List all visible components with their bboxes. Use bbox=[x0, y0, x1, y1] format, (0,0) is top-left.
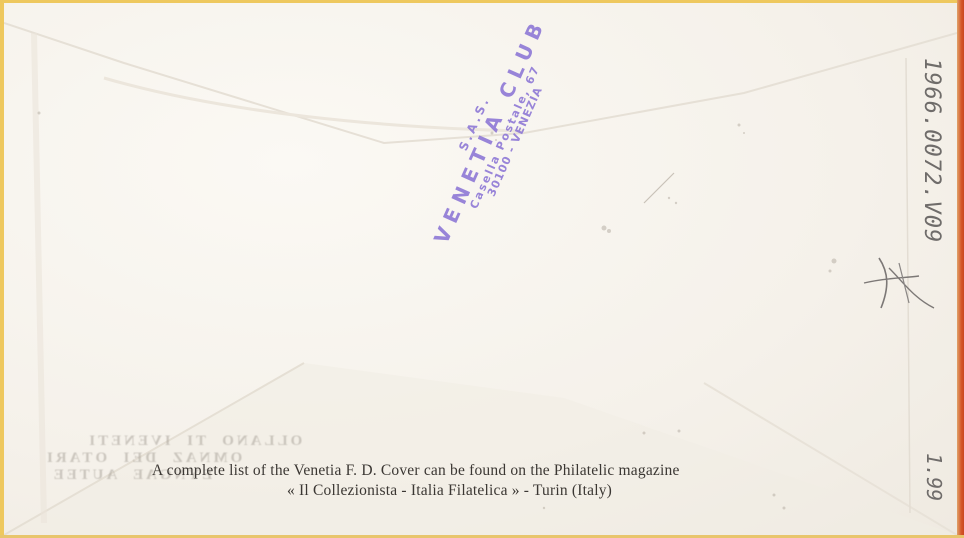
envelope-back: OLLANO TI IVENETI OMNAZ DEI OTARI EYNGAE… bbox=[4, 3, 957, 535]
pencil-price-mark: 1.99 bbox=[922, 453, 946, 501]
pencil-signature-icon bbox=[859, 248, 939, 318]
printed-caption: A complete list of the Venetia F. D. Cov… bbox=[152, 461, 792, 501]
caption-line-2: « Il Collezionista - Italia Filatelica »… bbox=[152, 481, 792, 501]
ghost-line-1: OLLANO TI IVENETI bbox=[44, 433, 302, 450]
pencil-inventory-number: 1966.0072.V09 bbox=[919, 58, 944, 243]
caption-line-1: A complete list of the Venetia F. D. Cov… bbox=[152, 461, 792, 481]
envelope-right-edge bbox=[957, 0, 964, 538]
